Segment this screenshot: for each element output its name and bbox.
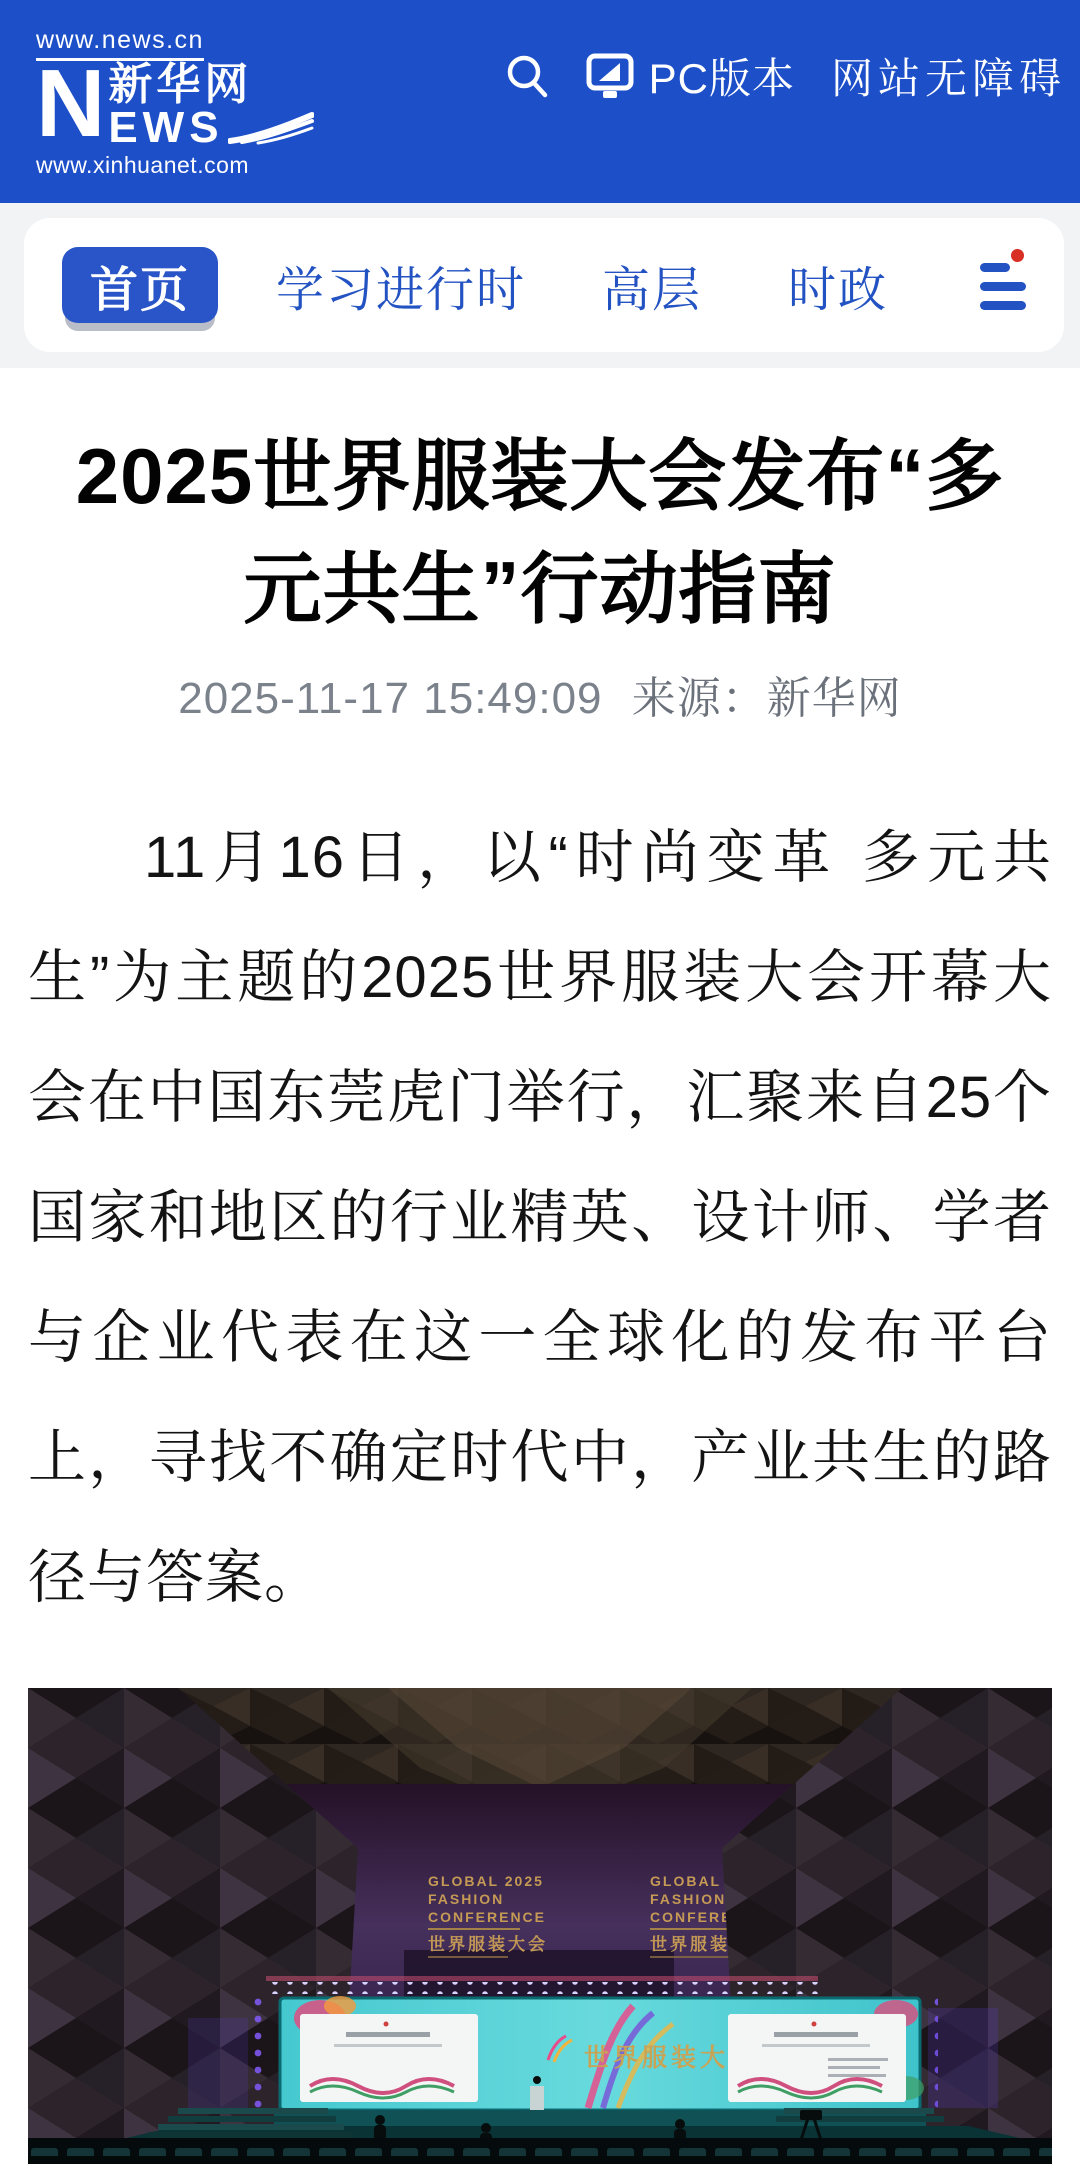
svg-text:FASHION: FASHION [428,1891,504,1907]
logo-letters-ews: EWS [108,109,223,147]
photo-slide-left [300,2014,478,2102]
nav-tab-gaoceng[interactable]: 高层 [602,251,702,320]
search-button[interactable] [503,52,551,100]
site-header: www.news.cn N 新华网 EWS www.xinhuanet.com [0,0,1080,203]
xinhuanet-logo[interactable]: www.news.cn N 新华网 EWS www.xinhuanet.com [36,26,314,179]
monitor-icon [585,52,635,100]
nav-tab-home[interactable]: 首页 [62,247,218,323]
logo-swoosh-icon [228,111,314,145]
svg-text:CONFERENCE: CONFERENCE [428,1909,546,1925]
article-title-line2: 元共生”行动指南 [40,533,1040,646]
accessibility-link[interactable]: 网站无障碍 [831,46,1066,106]
nav-tab-shizheng[interactable]: 时政 [788,251,888,320]
svg-text:世界服装大会: 世界服装大会 [428,1934,548,1954]
article-title: 2025世界服装大会发布“多 元共生”行动指南 [40,420,1040,646]
article-photo: GLOBAL 2025 FASHION CONFERENCE 世界服装大会 GL… [28,1688,1052,2164]
article-source: 来源：新华网 [632,674,902,723]
photo-banner-left: GLOBAL 2025 FASHION CONFERENCE 世界服装大会 [428,1873,548,1958]
logo-brand-site: www.xinhuanet.com [36,152,314,179]
mobile-news-page: www.news.cn N 新华网 EWS www.xinhuanet.com [0,0,1080,2164]
svg-text:FASHION: FASHION [650,1891,726,1907]
search-icon [503,52,551,100]
nav-tab-xuexi[interactable]: 学习进行时 [276,251,526,320]
logo-letter-n: N [36,61,105,147]
nav-bar: 首页 学习进行时 高层 时政 [24,218,1064,352]
article-meta: 2025-11-17 15:49:09 来源：新华网 [0,662,1080,726]
pc-version-button[interactable]: PC版本 [585,46,795,106]
article-datetime: 2025-11-17 15:49:09 [178,674,602,723]
photo-slide-right [728,2014,906,2102]
pc-version-label: PC版本 [649,46,795,106]
logo-brand-cn: 新华网 [108,61,313,109]
photo-led-screen: 世界服装大会 [280,1996,924,2110]
svg-text:GLOBAL 2025: GLOBAL 2025 [428,1873,544,1889]
article-title-line1: 2025世界服装大会发布“多 [40,420,1040,533]
photo-light-strip [266,1982,818,1994]
article-paragraph: 11月16日，以“时尚变革 多元共生”为主题的2025世界服装大会开幕大会在中国… [28,798,1052,1638]
hamburger-menu-icon[interactable] [980,251,1030,320]
conference-hall-illustration: GLOBAL 2025 FASHION CONFERENCE 世界服装大会 GL… [28,1688,1052,2164]
notification-dot [1011,249,1024,262]
header-actions: PC版本 网站无障碍 [503,48,1066,104]
